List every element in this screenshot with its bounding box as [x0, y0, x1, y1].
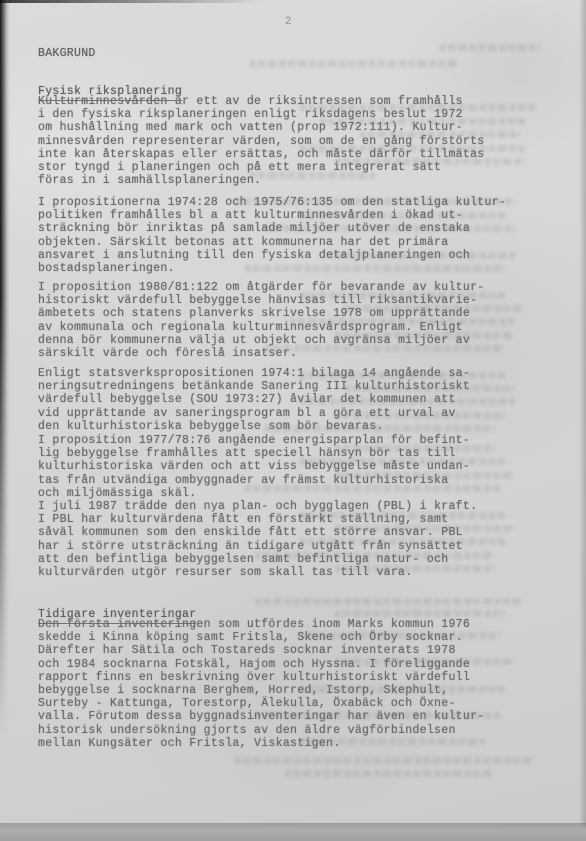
typewritten-text-layer: 2 BAKGRUND Fysisk riksplanering Kulturmi… — [0, 0, 586, 841]
paragraph-7: Den första inventeringen som utfördes in… — [38, 618, 484, 750]
scan-edge-top — [0, 0, 264, 3]
paragraph-5: I proposition 1977/78:76 angående energi… — [38, 434, 470, 500]
paragraph-3: I proposition 1980/81:122 om åtgärder fö… — [38, 281, 484, 360]
paragraph-6: I juli 1987 trädde den nya plan- och byg… — [38, 500, 477, 579]
scanned-page: 2 BAKGRUND Fysisk riksplanering Kulturmi… — [0, 0, 586, 841]
scan-edge-right — [579, 0, 586, 841]
scan-edge-bottom — [0, 824, 586, 841]
paragraph-2: I propositionerna 1974:28 och 1975/76:13… — [38, 196, 506, 275]
section-kicker: BAKGRUND — [38, 47, 96, 60]
paragraph-1: Kulturminnesvården är ett av de riksintr… — [38, 95, 484, 187]
scan-edge-left — [0, 0, 10, 740]
paragraph-4: Enligt statsverkspropositionen 1974:1 bi… — [38, 367, 470, 433]
page-number: 2 — [285, 16, 292, 28]
